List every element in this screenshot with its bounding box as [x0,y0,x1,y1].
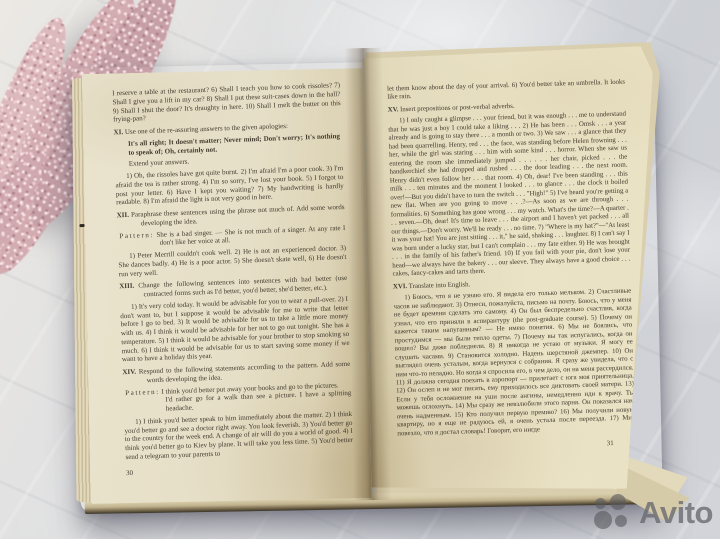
pattern-label: Pattern: [125,387,160,396]
pattern-label: Pattern: [119,230,154,239]
avito-watermark: Avito [594,494,713,530]
exercise-11-items: 1) Oh, the rissoles have got quite burnt… [115,164,344,207]
exercise-14-pattern: Pattern: I think you'd better put away y… [125,380,352,415]
photo-scene: I reserve a table at the restaurant? 6) … [0,0,720,539]
exercise-15-items: 1) I only caught a glimpse . . . your fr… [388,111,631,279]
exercise-number: XIV. [122,368,136,376]
avito-wordmark: Avito [639,497,713,528]
avito-logo-icon [594,494,630,530]
exercise-16-items: 1) Боюсь, что я не узнаю его. Я видела е… [393,288,635,439]
exercise-number: XIII. [119,282,134,291]
paragraph-continuation: let them know about the day of your arri… [387,79,625,103]
exercise-14-items: 1) I think you'd better speak to him imm… [124,410,353,462]
exercise-number: XII. [117,211,130,219]
exercise-13-items: 1) It's very cold today. It would be adv… [120,295,350,365]
left-page: I reserve a table at the restaurant? 6) … [82,68,372,504]
page-number-left: 30 [126,460,354,477]
exercise-12-items: 1) Peter Merrill couldn't cook well. 2) … [118,244,347,279]
open-book: I reserve a table at the restaurant? 6) … [67,36,677,516]
exercise-number: XI. [113,128,123,136]
exercise-number: XV. [388,106,399,113]
right-page: let them know about the day of your arri… [362,46,661,494]
left-page-text: I reserve a table at the restaurant? 6) … [112,81,354,477]
page-edge-mark [80,224,85,227]
right-page-text: let them know about the day of your arri… [387,79,636,455]
paragraph-continuation: I reserve a table at the restaurant? 6) … [112,81,341,124]
exercise-number: XVI. [393,283,407,290]
page-number-right: 31 [398,439,636,455]
